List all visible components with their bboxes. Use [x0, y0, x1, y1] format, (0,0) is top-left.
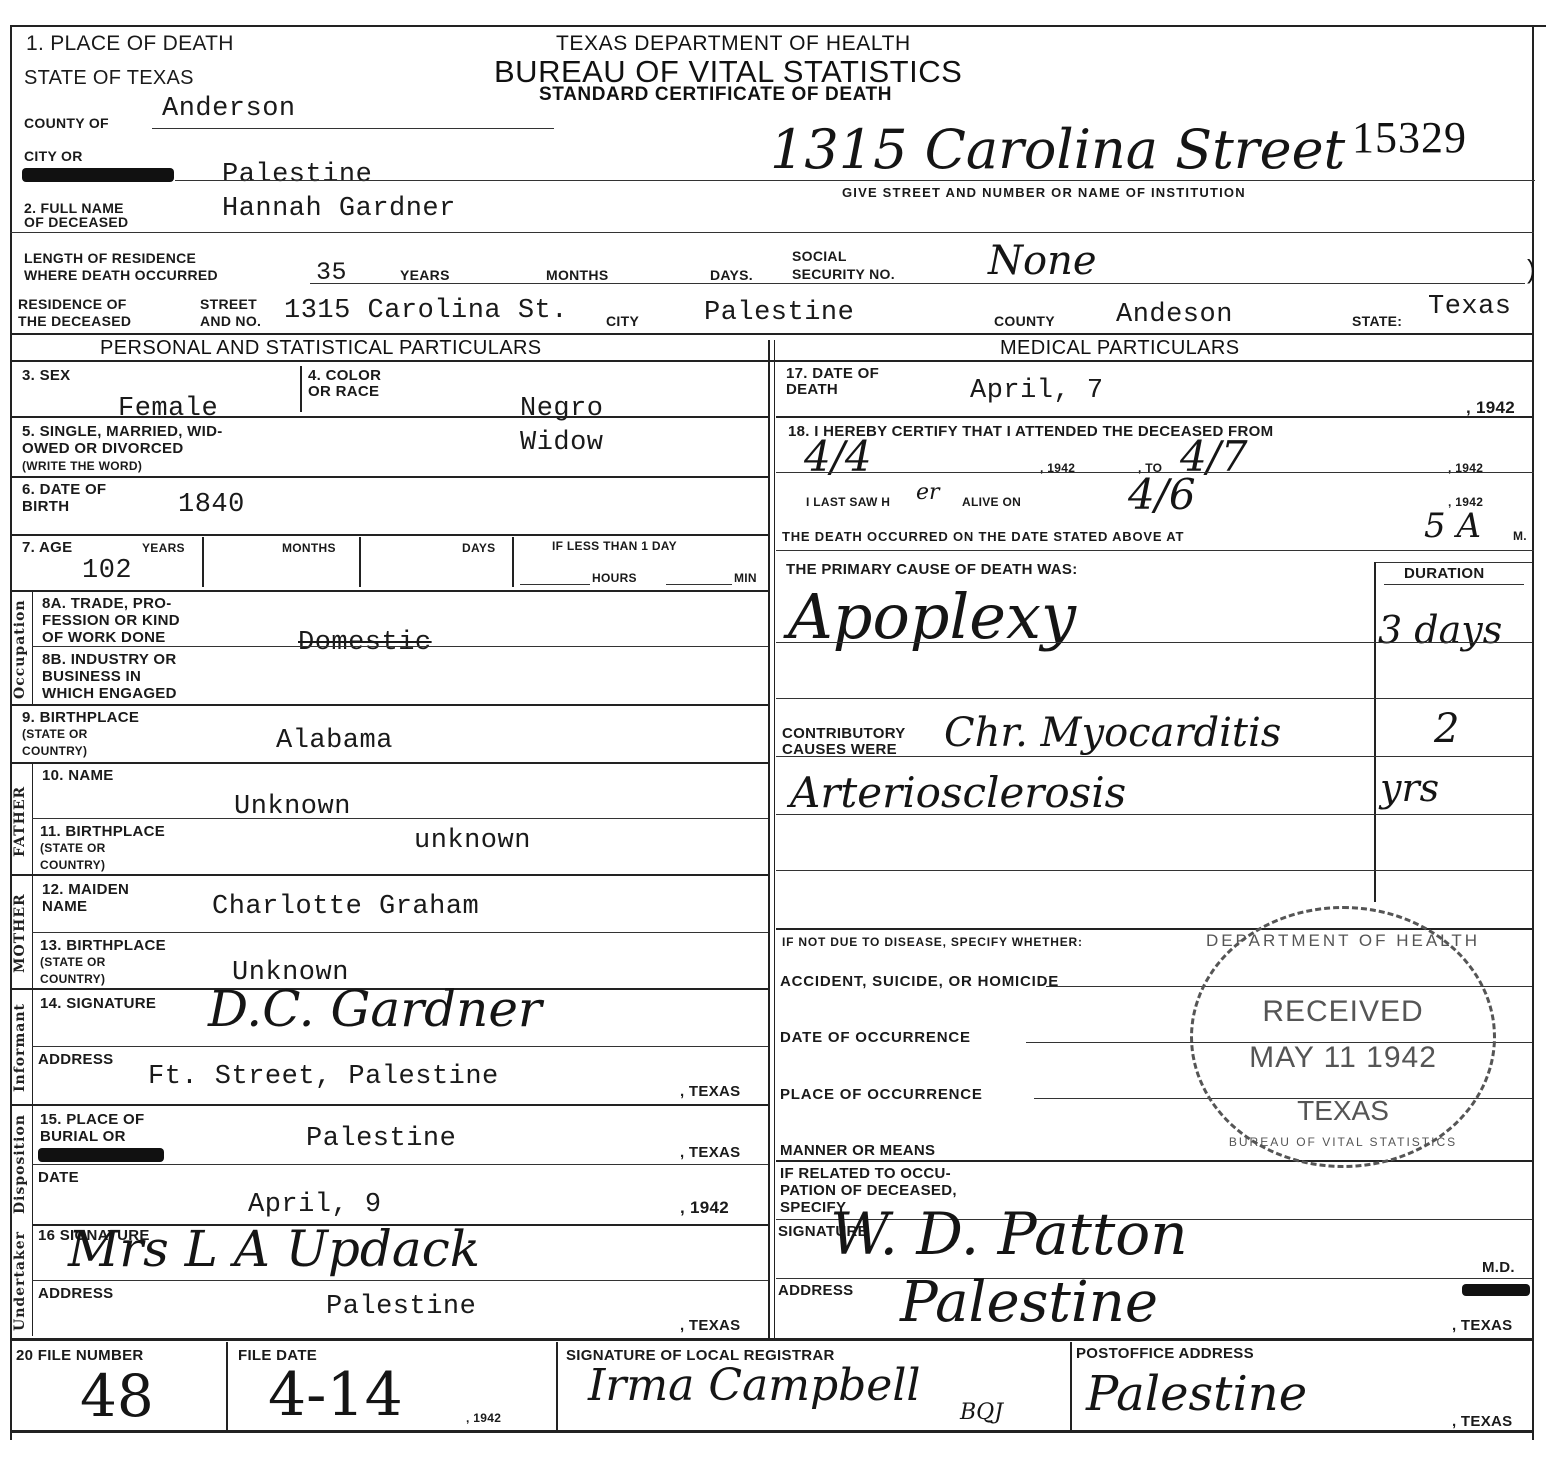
footer-div-2: [556, 1342, 558, 1430]
burial-year: , 1942: [680, 1200, 729, 1216]
hours-line: [520, 584, 590, 585]
birth-date-label-2: BIRTH: [22, 499, 69, 515]
death-time-value: 5 A: [1424, 506, 1481, 546]
residence-label-1: RESIDENCE OF: [18, 298, 127, 311]
last-saw-label-1: I LAST SAW H: [806, 496, 890, 509]
months-label: MONTHS: [546, 269, 608, 282]
death-year: , 1942: [1466, 400, 1515, 416]
residence-county-value: Andeson: [1116, 300, 1233, 330]
physician-redacted: [1462, 1284, 1530, 1296]
residence-length-label-2: WHERE DEATH OCCURRED: [24, 269, 218, 282]
last-saw-pronoun: er: [916, 480, 940, 505]
burial-label-2: BURIAL OR: [40, 1129, 126, 1145]
physician-signature: W. D. Patton: [830, 1200, 1188, 1268]
burial-place-value: Palestine: [306, 1124, 456, 1154]
age-div-3: [512, 537, 514, 587]
informant-line: [10, 1104, 768, 1106]
age-div-1: [202, 537, 204, 587]
death-date-label-2: DEATH: [786, 382, 838, 398]
informant-address-label: ADDRESS: [38, 1052, 113, 1068]
marital-line: [10, 476, 768, 478]
residence-state-value: Texas: [1428, 292, 1512, 322]
occurrence-place-label: PLACE OF OCCURRENCE: [780, 1087, 983, 1103]
burial-place-line: [32, 1164, 768, 1165]
attended-from-value: 4/4: [804, 432, 872, 481]
father-name-line: [32, 818, 768, 819]
footer-div-3: [1070, 1342, 1072, 1430]
race-value: Negro: [520, 394, 604, 424]
stamp-top-arc: DEPARTMENT OF HEALTH: [1193, 931, 1493, 951]
stamp-bottom-arc: BUREAU OF VITAL STATISTICS: [1193, 1135, 1493, 1149]
sex-value: Female: [118, 394, 218, 424]
trade-value: Domestic: [298, 628, 432, 658]
physician-address-value: Palestine: [900, 1270, 1158, 1335]
contributory-line-3: [776, 870, 1532, 871]
occupation-related-label-1: IF RELATED TO OCCU-: [780, 1166, 951, 1182]
social-security-label-1: SOCIAL: [792, 250, 847, 263]
primary-cause-line-2: [776, 698, 1532, 699]
duration-label: DURATION: [1404, 566, 1484, 582]
contributory-cause-1: Chr. Myocarditis: [944, 710, 1281, 756]
md-label: M.D.: [1482, 1260, 1515, 1276]
occupation-line: [10, 704, 768, 706]
burial-date-value: April, 9: [248, 1190, 382, 1220]
undertaker-signature: Mrs L A Updack: [68, 1220, 480, 1278]
contributory-cause-2-duration: yrs: [1380, 766, 1439, 810]
death-date-line: [776, 416, 1534, 418]
residence-county-label: COUNTY: [994, 315, 1055, 328]
mother-birth-label-3: COUNTRY): [40, 973, 105, 986]
residence-length-label-1: LENGTH OF RESIDENCE: [24, 252, 196, 265]
marital-label-1: 5. SINGLE, MARRIED, WID-: [22, 424, 223, 440]
street-label-1: STREET: [200, 298, 257, 311]
informant-texas: , TEXAS: [680, 1084, 740, 1100]
death-time-label: THE DEATH OCCURRED ON THE DATE STATED AB…: [782, 530, 1184, 543]
full-name-label-2: OF DECEASED: [24, 216, 128, 229]
industry-label-3: WHICH ENGAGED: [42, 686, 177, 702]
contributory-cause-2: Arteriosclerosis: [790, 768, 1126, 817]
occupation-side-label: Occupation: [12, 594, 32, 704]
city-label: CITY OR: [24, 150, 83, 163]
birth-date-label-1: 6. DATE OF: [22, 482, 106, 498]
form-top-border: [10, 25, 1546, 27]
age-less-label: IF LESS THAN 1 DAY: [552, 540, 677, 553]
informant-side-label: Informant: [12, 992, 32, 1104]
residence-line: [10, 333, 1534, 335]
undertaker-side-label: Undertaker: [12, 1226, 32, 1336]
primary-cause-label: THE PRIMARY CAUSE OF DEATH WAS:: [786, 562, 1078, 578]
age-min-label: MIN: [734, 572, 757, 585]
not-disease-label: IF NOT DUE TO DISEASE, SPECIFY WHETHER:: [782, 936, 1083, 949]
center-divider-2: [774, 340, 775, 1340]
father-line: [10, 874, 768, 876]
disposition-side-label: Disposition: [12, 1108, 32, 1220]
registrar-signature: Irma Campbell: [588, 1360, 921, 1411]
residence-city-label: CITY: [606, 315, 639, 328]
burial-redacted: [38, 1148, 164, 1162]
trade-label-2: FESSION OR KIND: [42, 613, 180, 629]
full-name-value: Hannah Gardner: [222, 194, 456, 224]
death-date-value: April, 7: [970, 376, 1104, 406]
age-label: 7. AGE: [22, 540, 72, 556]
marital-label-3: (WRITE THE WORD): [22, 460, 142, 473]
sex-label: 3. SEX: [22, 368, 71, 384]
accident-label: ACCIDENT, SUICIDE, OR HOMICIDE: [780, 974, 1059, 990]
duration-top-line: [1376, 562, 1532, 563]
primary-cause-line-1: [776, 642, 1532, 643]
residence-state-label: STATE:: [1352, 315, 1402, 328]
mother-name-line: [32, 932, 768, 933]
mother-birth-label-2: (STATE OR: [40, 956, 106, 969]
age-div-2: [359, 537, 361, 587]
age-value: 102: [82, 556, 132, 586]
burial-label-1: 15. PLACE OF: [40, 1112, 144, 1128]
marital-value: Widow: [520, 428, 604, 458]
county-line: [152, 128, 554, 129]
stamp-texas: TEXAS: [1193, 1095, 1493, 1127]
age-hours-label: HOURS: [592, 572, 637, 585]
age-years-label: YEARS: [142, 542, 185, 555]
age-line: [10, 590, 768, 592]
personal-section-title: PERSONAL AND STATISTICAL PARTICULARS: [100, 337, 542, 360]
footer-div-1: [226, 1342, 228, 1430]
trade-line: [32, 646, 768, 647]
father-birth-label-2: (STATE OR: [40, 842, 106, 855]
birthplace-label-3: COUNTRY): [22, 745, 87, 758]
duration-divider: [1374, 562, 1376, 902]
residence-length-line: [310, 283, 1525, 284]
father-birth-label-3: COUNTRY): [40, 859, 105, 872]
undertaker-line: [10, 1338, 1534, 1341]
death-time-suffix: M.: [1513, 530, 1527, 543]
residence-street-value: 1315 Carolina St.: [284, 296, 568, 326]
days-label: DAYS.: [710, 269, 753, 282]
death-street-value: 1315 Carolina Street: [770, 118, 1345, 181]
physician-address-label: ADDRESS: [778, 1283, 853, 1299]
trade-label-1: 8A. TRADE, PRO-: [42, 596, 172, 612]
manner-line: [776, 1160, 1532, 1162]
race-label-2: OR RACE: [308, 384, 379, 400]
undertaker-sig-line: [32, 1280, 768, 1281]
last-saw-value: 4/6: [1128, 470, 1196, 519]
section-title-line: [10, 360, 1534, 362]
attended-to-year: , 1942: [1448, 462, 1483, 475]
occupation-related-label-2: PATION OF DECEASED,: [780, 1183, 957, 1199]
birthplace-label-2: (STATE OR: [22, 728, 88, 741]
informant-side-divider: [32, 990, 33, 1104]
age-months-label: MONTHS: [282, 542, 336, 555]
informant-sig-line: [32, 1046, 768, 1047]
postoffice-texas: , TEXAS: [1452, 1414, 1512, 1430]
form-bottom-border: [10, 1430, 1534, 1433]
burial-date-label: DATE: [38, 1170, 79, 1186]
industry-label-2: BUSINESS IN: [42, 669, 141, 685]
file-number-value: 48: [80, 1362, 154, 1430]
father-name-label: 10. NAME: [42, 768, 114, 784]
min-line: [666, 584, 732, 585]
duration-underline: [1384, 584, 1524, 585]
informant-signature: D.C. Gardner: [208, 980, 542, 1038]
trade-label-3: OF WORK DONE: [42, 630, 166, 646]
death-time-line: [776, 550, 1534, 551]
father-side-label: FATHER: [12, 766, 32, 876]
undertaker-address-label: ADDRESS: [38, 1286, 113, 1302]
industry-label-1: 8B. INDUSTRY OR: [42, 652, 177, 668]
birth-line: [10, 534, 768, 536]
contributory-cause-1-duration: 2: [1434, 706, 1459, 752]
full-name-line: [10, 232, 1534, 233]
residence-label-2: THE DECEASED: [18, 315, 131, 328]
stamp-date: MAY 11 1942: [1193, 1041, 1493, 1075]
birthplace-value: Alabama: [276, 726, 393, 756]
mother-name-value: Charlotte Graham: [212, 892, 479, 922]
street-label-2: AND NO.: [200, 315, 261, 328]
race-label-1: 4. COLOR: [308, 368, 381, 384]
medical-section-title: MEDICAL PARTICULARS: [1000, 337, 1240, 360]
department-title: TEXAS DEPARTMENT OF HEALTH: [556, 32, 911, 56]
file-date-year: , 1942: [466, 1412, 501, 1425]
postoffice-value: Palestine: [1086, 1366, 1307, 1422]
informant-sig-label: 14. SIGNATURE: [40, 996, 156, 1012]
file-date-value: 4-14: [268, 1360, 403, 1430]
birth-date-value: 1840: [178, 490, 245, 520]
birthplace-line: [10, 762, 768, 764]
undertaker-address-value: Palestine: [326, 1292, 476, 1322]
county-value: Anderson: [162, 94, 296, 124]
disposition-side-divider: [32, 1106, 33, 1336]
contributory-label-1: CONTRIBUTORY: [782, 726, 906, 742]
postoffice-label: POSTOFFICE ADDRESS: [1076, 1346, 1254, 1362]
city-value: Palestine: [222, 160, 372, 190]
informant-address-value: Ft. Street, Palestine: [148, 1062, 499, 1092]
social-security-value: None: [988, 238, 1097, 284]
contributory-line-1: [776, 756, 1532, 757]
last-saw-label-2: ALIVE ON: [962, 496, 1021, 509]
father-side-divider: [32, 764, 33, 876]
registrar-initials: BQJ: [960, 1400, 1003, 1425]
age-days-label: DAYS: [462, 542, 495, 555]
place-of-death-label: 1. PLACE OF DEATH: [26, 33, 234, 55]
state-of-texas-label: STATE OF TEXAS: [24, 68, 194, 88]
center-divider: [768, 340, 770, 1340]
occurrence-date-label: DATE OF OCCURRENCE: [780, 1030, 971, 1046]
street-caption: GIVE STREET AND NUMBER OR NAME OF INSTIT…: [842, 186, 1246, 199]
form-title: STANDARD CERTIFICATE OF DEATH: [539, 84, 892, 106]
city-line: [175, 180, 1535, 181]
social-security-label-2: SECURITY NO.: [792, 268, 895, 281]
attended-from-year: , 1942: [1040, 462, 1075, 475]
sex-line: [10, 416, 768, 418]
manner-label: MANNER OR MEANS: [780, 1143, 935, 1159]
father-birth-value: unknown: [414, 826, 531, 856]
undertaker-texas: , TEXAS: [680, 1318, 740, 1334]
burial-texas: , TEXAS: [680, 1145, 740, 1161]
birthplace-label-1: 9. BIRTHPLACE: [22, 710, 139, 726]
father-birth-label-1: 11. BIRTHPLACE: [40, 824, 165, 840]
mother-name-label-2: NAME: [42, 899, 87, 915]
contributory-line-2: [776, 814, 1532, 815]
years-label: YEARS: [400, 269, 450, 282]
residence-city-value: Palestine: [704, 298, 854, 328]
sex-race-divider: [300, 366, 302, 412]
occupation-side-divider: [32, 592, 33, 704]
physician-texas: , TEXAS: [1452, 1318, 1512, 1334]
form-right-border: [1532, 25, 1534, 1440]
certificate-number: 15329: [1352, 112, 1467, 163]
mother-side-label: MOTHER: [12, 878, 32, 988]
stamp-received: RECEIVED: [1193, 995, 1493, 1029]
primary-cause-duration: 3 days: [1378, 608, 1502, 652]
redacted-mark: [22, 168, 174, 182]
marital-label-2: OWED OR DIVORCED: [22, 441, 183, 457]
mother-birth-label-1: 13. BIRTHPLACE: [40, 938, 166, 954]
received-stamp: DEPARTMENT OF HEALTH RECEIVED MAY 11 194…: [1190, 906, 1496, 1168]
paren-close: ): [1527, 254, 1536, 285]
mother-name-label-1: 12. MAIDEN: [42, 882, 129, 898]
county-label: COUNTY OF: [24, 117, 109, 130]
death-date-label-1: 17. DATE OF: [786, 366, 879, 382]
